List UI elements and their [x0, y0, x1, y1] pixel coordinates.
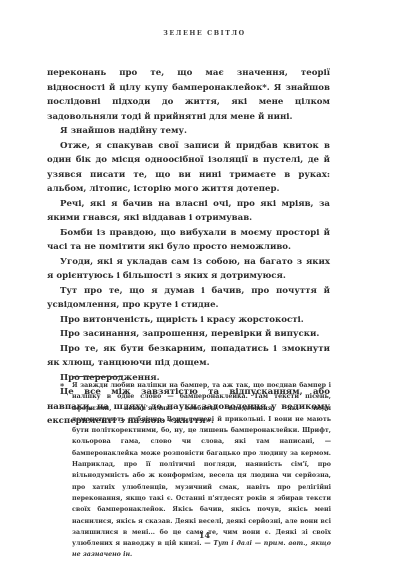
page-number: 14	[0, 530, 409, 540]
paragraph: Отже, я спакував свої записи й придбав к…	[47, 139, 330, 197]
paragraph: Я знайшов надійну тему.	[47, 124, 330, 139]
footnote-rule	[73, 376, 123, 377]
paragraph: Речі, які я бачив на власні очі, про які…	[47, 197, 330, 226]
paragraph: Угоди, які я укладав сам із собою, на ба…	[47, 255, 330, 284]
paragraph: Тут про те, що я думав і бачив, про почу…	[47, 284, 330, 313]
paragraph: Про засинання, запрошення, перевірки й в…	[47, 327, 330, 342]
paragraph: Про те, як бути безкарним, попадатись і …	[47, 342, 330, 371]
paragraph: Бомби із правдою, що вибухали в моєму пр…	[47, 226, 330, 255]
paragraph: переконань про те, що має значення, теор…	[47, 66, 330, 124]
footnote-text: Я завжди любив наліпки на бампер, та аж …	[72, 382, 331, 547]
body-text: переконань про те, що має значення, теор…	[47, 66, 330, 429]
footnote-marker: *	[60, 381, 64, 391]
running-head: ЗЕЛЕНЕ СВІТЛО	[0, 30, 409, 37]
paragraph: Про витонченість, щирість і красу жорсто…	[47, 313, 330, 328]
